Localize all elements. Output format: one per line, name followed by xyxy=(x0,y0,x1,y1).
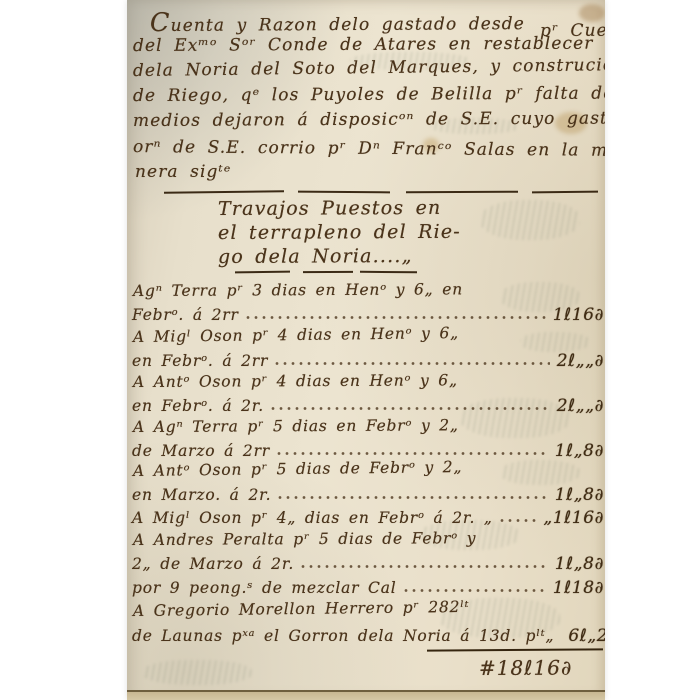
divider-rule-segment xyxy=(532,191,598,194)
total-rule xyxy=(427,648,603,651)
entry-7-line-2: 2„ de Marzo á 2r. xyxy=(132,555,294,573)
leader-dots xyxy=(301,564,548,569)
entry-2-line-1: A Migˡ Oson pʳ 4 dias en Henᵒ y 6„ xyxy=(133,324,459,346)
entry-1-amount: 1ℓ16∂ xyxy=(553,305,604,325)
leader-dots xyxy=(271,406,550,411)
entry-3-line-2: en Febrᵒ. á 2r. xyxy=(132,397,264,415)
entry-6-amount: „1ℓ16∂ xyxy=(543,508,604,528)
entry-4-row: de Marzo á 2rr 1ℓ„8∂ xyxy=(132,441,604,461)
leader-dots xyxy=(278,495,547,500)
entry-2-amount: 2ℓ„„∂ xyxy=(557,351,604,371)
leader-dots xyxy=(275,361,550,366)
entry-1-row: Febrᵒ. á 2rr 1ℓ16∂ xyxy=(132,305,604,325)
header-line: dela Noria del Soto del Marques, y const… xyxy=(133,55,605,81)
entry-5-row: en Marzo. á 2r. 1ℓ„8∂ xyxy=(132,485,604,505)
title-underline-segment xyxy=(360,271,417,273)
divider-rule-segment xyxy=(298,191,390,194)
entry-3-amount: 2ℓ„„∂ xyxy=(557,396,604,416)
manuscript-page: Cuenta y Razon delo gastado desde pʳ Cue… xyxy=(127,0,605,700)
entry-5-line-2: en Marzo. á 2r. xyxy=(132,486,271,504)
entry-3-row: en Febrᵒ. á 2r. 2ℓ„„∂ xyxy=(132,396,604,416)
entry-4-line-2: de Marzo á 2rr xyxy=(132,442,270,460)
entry-9-amount: 6ℓ„2∂ xyxy=(568,626,605,646)
entry-6-line-1: A Migˡ Oson pʳ 4„ dias en Febrᵒ á 2r. „ xyxy=(132,509,493,527)
header-line: Cuenta y Razon delo gastado desde xyxy=(150,6,525,38)
entry-2-row: en Febrᵒ. á 2rr 2ℓ„„∂ xyxy=(132,351,604,371)
leader-dots xyxy=(277,451,548,456)
entry-5-line-1: A Antᵒ Oson pʳ 5 dias de Febrᵒ y 2„ xyxy=(133,458,462,480)
entry-6-row: A Migˡ Oson pʳ 4„ dias en Febrᵒ á 2r. „ … xyxy=(132,508,604,528)
entry-8-line-1: por 9 peong.ˢ de mezclar Cal xyxy=(132,579,397,597)
entry-1-line-2: Febrᵒ. á 2rr xyxy=(132,306,239,324)
ink-bleed-through xyxy=(480,200,580,240)
manuscript-photo: Cuenta y Razon delo gastado desde pʳ Cue… xyxy=(0,0,700,700)
header-line: nera sigᵗᵉ xyxy=(135,162,232,182)
leader-dots xyxy=(246,315,546,320)
section-title-line: go dela Noria....„ xyxy=(218,245,413,268)
entry-3-line-1: A Antᵒ Oson pʳ 4 dias en Henᵒ y 6„ xyxy=(133,371,458,391)
title-underline-segment xyxy=(303,271,353,273)
entry-7-line-1: A Andres Peralta pʳ 5 dias de Febrᵒ y xyxy=(133,529,476,549)
entry-7-row: 2„ de Marzo á 2r. 1ℓ„8∂ xyxy=(132,554,604,574)
page-bottom-edge xyxy=(127,690,605,700)
entry-4-line-1: A Agⁿ Terra pʳ 5 dias en Febrᵒ y 2„ xyxy=(133,416,459,436)
header-line: orⁿ de S.E. corrio pʳ Dⁿ Franᶜᵒ Salas en… xyxy=(133,137,605,161)
section-title-line: Travajos Puestos en xyxy=(218,197,442,220)
ink-bleed-through xyxy=(520,332,590,352)
entry-7-amount: 1ℓ„8∂ xyxy=(555,554,604,574)
entry-9-line-2: de Launas pˣᵃ el Gorron dela Noria á 13d… xyxy=(132,627,554,645)
entry-9-line-1: A Gregorio Morellon Herrero pʳ 282ˡᵗ xyxy=(133,598,470,620)
divider-rule-segment xyxy=(164,191,284,194)
header-line: medios dejaron á disposicᵒⁿ de S.E. cuyo… xyxy=(133,108,605,131)
entry-8-amount: 1ℓ18∂ xyxy=(553,578,604,598)
entry-9-row: de Launas pˣᵃ el Gorron dela Noria á 13d… xyxy=(132,626,604,646)
ink-bleed-through xyxy=(142,660,252,685)
header-line: del Exᵐᵒ Sᵒʳ Conde de Atares en restable… xyxy=(133,33,605,56)
paper-stain xyxy=(579,4,605,22)
ink-bleed-through xyxy=(500,460,580,485)
divider-rule-segment xyxy=(406,191,518,194)
header-line: de Riego, qᵉ los Puyoles de Belilla pʳ f… xyxy=(133,83,605,106)
entry-4-amount: 1ℓ„8∂ xyxy=(555,441,604,461)
leader-dots xyxy=(404,588,546,593)
entry-5-amount: 1ℓ„8∂ xyxy=(555,485,604,505)
entry-2-line-2: en Febrᵒ. á 2rr xyxy=(132,352,268,370)
title-underline-segment xyxy=(235,271,290,274)
entry-8-row: por 9 peong.ˢ de mezclar Cal 1ℓ18∂ xyxy=(132,578,604,598)
total-amount: #18ℓ16∂ xyxy=(479,656,572,680)
leader-dots xyxy=(500,518,537,523)
entry-1-line-1: Agⁿ Terra pʳ 3 dias en Henᵒ y 6„ en xyxy=(133,280,463,300)
section-title-line: el terrapleno del Rie- xyxy=(218,221,461,244)
